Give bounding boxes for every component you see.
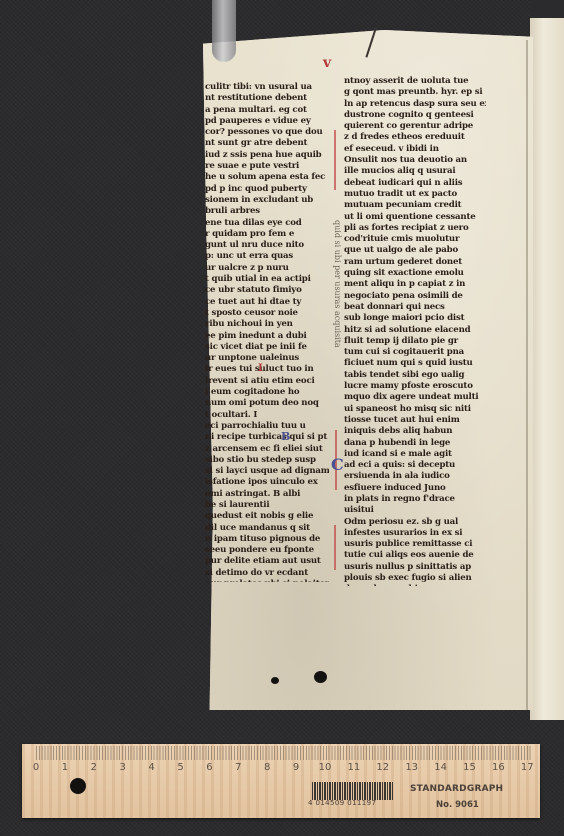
ruler-tick-label: 12 [376,762,389,773]
manuscript-line: ille mucios aliq q usurai [344,166,486,177]
manuscript-line: quedust eit nobis g elie [205,511,329,522]
manuscript-line: fluit temp ij dilato pie gr [344,336,486,347]
manuscript-line: p: unc ut erra quas [205,251,329,262]
manuscript-line: cor? pessones vo que dou [205,127,329,138]
manuscript-line: nt restitutione debent [205,93,329,104]
manuscript-line: mutuam pecuniam credit [344,200,486,211]
ruler-tick-label: 5 [177,762,183,773]
ruler-tick-label: 7 [235,762,241,773]
manuscript-line: ram urtum gederet donet [344,257,486,268]
manuscript-line: si detimo do vr ecdant [205,568,329,579]
manuscript-line: quing sit exactione emolu [344,268,486,279]
manuscript-line: culitr tibi: vn usural ua [205,82,329,93]
manuscript-line: ment aliqu in p capiat z in [344,279,486,290]
manuscript-line: ut li omi quentione cessante [344,212,486,223]
manuscript-line: quierent co gerentur adripe [344,121,486,132]
manuscript-line: g qont mas preuntb. hyr. ep si [344,87,486,98]
manuscript-line: sionem in excludant ub [205,195,329,206]
manuscript-line: pd pauperes e vidue ey [205,116,329,127]
manuscript-line: ef eseceud. v ibidi in [344,144,486,155]
manuscript-line: sic vicet diat pe inii fe [205,342,329,353]
manuscript-line: beat donnari qui necs [344,302,486,313]
manuscript-line: i eum cogitadone ho [205,387,329,398]
manuscript-line: t sposto ceusor noie [205,308,329,319]
manuscript-line: cod'rituie cmis muolutur [344,234,486,245]
manuscript-line: dustrone cognito q genteesi [344,110,486,121]
metal-clip [212,0,236,62]
manuscript-line: bruli arbres [205,206,329,217]
manuscript-line: ni recipe turbicas qui si pt [205,432,329,443]
manuscript-line: ee pim inedunt a dubi [205,331,329,342]
manuscript-line: pur delite etiam aut usut [205,556,329,567]
manuscript-line: iud z ssis pena hue aquib [205,150,329,161]
manuscript-line: ce tuet aut hi dtae ty [205,297,329,308]
manuscript-line: num omi potum deo noq [205,398,329,409]
manuscript-line: de narbon archiep [344,584,486,586]
ruler-brand: STANDARDGRAPH [410,784,503,794]
text-column-a: culitr tibi: vn usural uant restitutione… [205,82,329,582]
manuscript-line: infestes usurarios in ex si [344,528,486,539]
ruler-tick-label: 11 [348,762,361,773]
manuscript-line: lucre mamy pfoste eroscuto [344,381,486,392]
manuscript-line: pur prelatos ubi si nolaiter [205,579,329,582]
manuscript-line: iniquis debs aliq habun [344,426,486,437]
manuscript-line: re suae e pute vestri [205,161,329,172]
measuring-ruler: 01234567891011121314151617 4 014509 0111… [22,744,540,818]
wormhole [314,671,327,683]
initial-blue-b: B [281,430,290,443]
manuscript-line: t quib utial in ea actipi [205,274,329,285]
barcode-number: 4 014509 011197 [308,799,376,807]
rubric-line [334,130,336,190]
manuscript-line: negociato pena osimili de [344,291,486,302]
manuscript-line: debeat iudicari qui n aliis [344,178,486,189]
ruler-tick-label: 1 [62,762,68,773]
manuscript-line: si si layci usque ad dignam [205,466,329,477]
manuscript-line: ur ualcre z p nuru [205,263,329,274]
manuscript-line: z arcensem ec fi eliei siut [205,444,329,455]
manuscript-line: seeu pondere eu fponte [205,545,329,556]
manuscript-line: sub longe maiori pcio dist [344,313,486,324]
manuscript-line: lrevent si atiu etim eoci [205,376,329,387]
manuscript-line: isfatione ipos uinculo ex [205,477,329,488]
manuscript-line: he u solum apena esta fec [205,172,329,183]
manuscript-line: ui spaneost ho misq sic niti [344,404,486,415]
manuscript-line: gunt ul nru duce nito [205,240,329,251]
manuscript-line: ntnoy asserit de uoluta tue [344,76,486,87]
ruler-tick-label: 16 [492,762,505,773]
manuscript-line: z d fredes etheos ereduuit [344,132,486,143]
manuscript-line: r quidam pro fem e [205,229,329,240]
quire-mark: v [323,55,331,71]
manuscript-line: ad eci a quis: si deceptu [344,460,486,471]
manuscript-line: hitz si ad solutione elacend [344,325,486,336]
manuscript-line: ln ap retencus dasp sura seu ex [344,99,486,110]
ruler-tick-label: 17 [521,762,534,773]
manuscript-line: Onsulit nos tua deuotio an [344,155,486,166]
manuscript-line: tum cui si cogitauerit pna [344,347,486,358]
ruler-model: No. 9061 [436,800,479,810]
manuscript-line: ur unptone ualeinus [205,353,329,364]
manuscript-line: usuris nullus p sinittatis ap [344,562,486,573]
manuscript-line: dil uce mandanus q sit [205,523,329,534]
manuscript-line: t ocultari. I [205,410,329,421]
manuscript-line: be si laurentii [205,500,329,511]
manuscript-line: uisitui [344,505,486,516]
backing-sheet [530,0,564,720]
manuscript-line: esfiuere induced Juno [344,483,486,494]
initial-blue-c: C [331,455,344,474]
manuscript-line: ir eues tui suluct tuo in [205,364,329,375]
manuscript-line: mquo dix agere undeat multi [344,392,486,403]
manuscript-line: iud icand si e male agit [344,449,486,460]
manuscript-line: in plats in regno f'drace [344,494,486,505]
rubric-line [334,525,336,570]
ruler-tick-label: 14 [434,762,447,773]
ruler-hole [70,778,86,794]
manuscript-line: n ipam tituso pignous de [205,534,329,545]
manuscript-line: tiosse tucet aut hui enim [344,415,486,426]
margin-note: quid si ubi per usuras acquisita [322,220,342,540]
manuscript-line: ene tua dilas eye cod [205,218,329,229]
ruler-tick-label: 10 [319,762,332,773]
manuscript-line: usuris publice remittasse ci [344,539,486,550]
ruler-tick-label: 4 [148,762,154,773]
barcode [312,782,394,800]
ruler-tick-label: 0 [33,762,39,773]
manuscript-line: tutie cui aliqs eos auenie de [344,550,486,561]
manuscript-line: que ut ualgo de ale pabo [344,245,486,256]
manuscript-line: nt sunt gr atre debent [205,138,329,149]
manuscript-line: Odm periosu ez. sb g ual [344,517,486,528]
manuscript-line: ficiuet num qui s quid iustu [344,358,486,369]
wormhole [271,677,279,684]
ruler-tick-label: 8 [264,762,270,773]
initial-red-i: I [258,363,263,374]
manuscript-line: dana p hubendi in lege [344,438,486,449]
ruler-tick-label: 3 [120,762,126,773]
manuscript-line: ersiuenda in ala iudico [344,471,486,482]
manuscript-line: omi astringat. B albi [205,489,329,500]
manuscript-line: mutuo tradit ut ex pacto [344,189,486,200]
fold-line [526,40,528,710]
manuscript-line: ce ubr statuto fimiyo [205,285,329,296]
manuscript-line: plouis sb exec fugio si alien [344,573,486,584]
manuscript-line: sibo stio bu stedep susp [205,455,329,466]
ruler-tick-label: 15 [463,762,476,773]
manuscript-line: eci parrochialiu tuu u [205,421,329,432]
ruler-tick-label: 13 [405,762,418,773]
manuscript-line: tabis tendet sibi ego ualig [344,370,486,381]
ruler-tick-label: 2 [91,762,97,773]
manuscript-line: pd p inc quod puberty [205,184,329,195]
backing-dark-top [530,0,564,18]
ruler-ticks [36,746,532,760]
manuscript-line: pli as fortes recipiat z uero [344,223,486,234]
ruler-tick-label: 6 [206,762,212,773]
manuscript-line: a pena multari. eg cot [205,105,329,116]
text-column-b: ntnoy asserit de uoluta tueg qont mas pr… [344,76,486,586]
ruler-tick-label: 9 [293,762,299,773]
manuscript-line: ribu nichoui in yen [205,319,329,330]
